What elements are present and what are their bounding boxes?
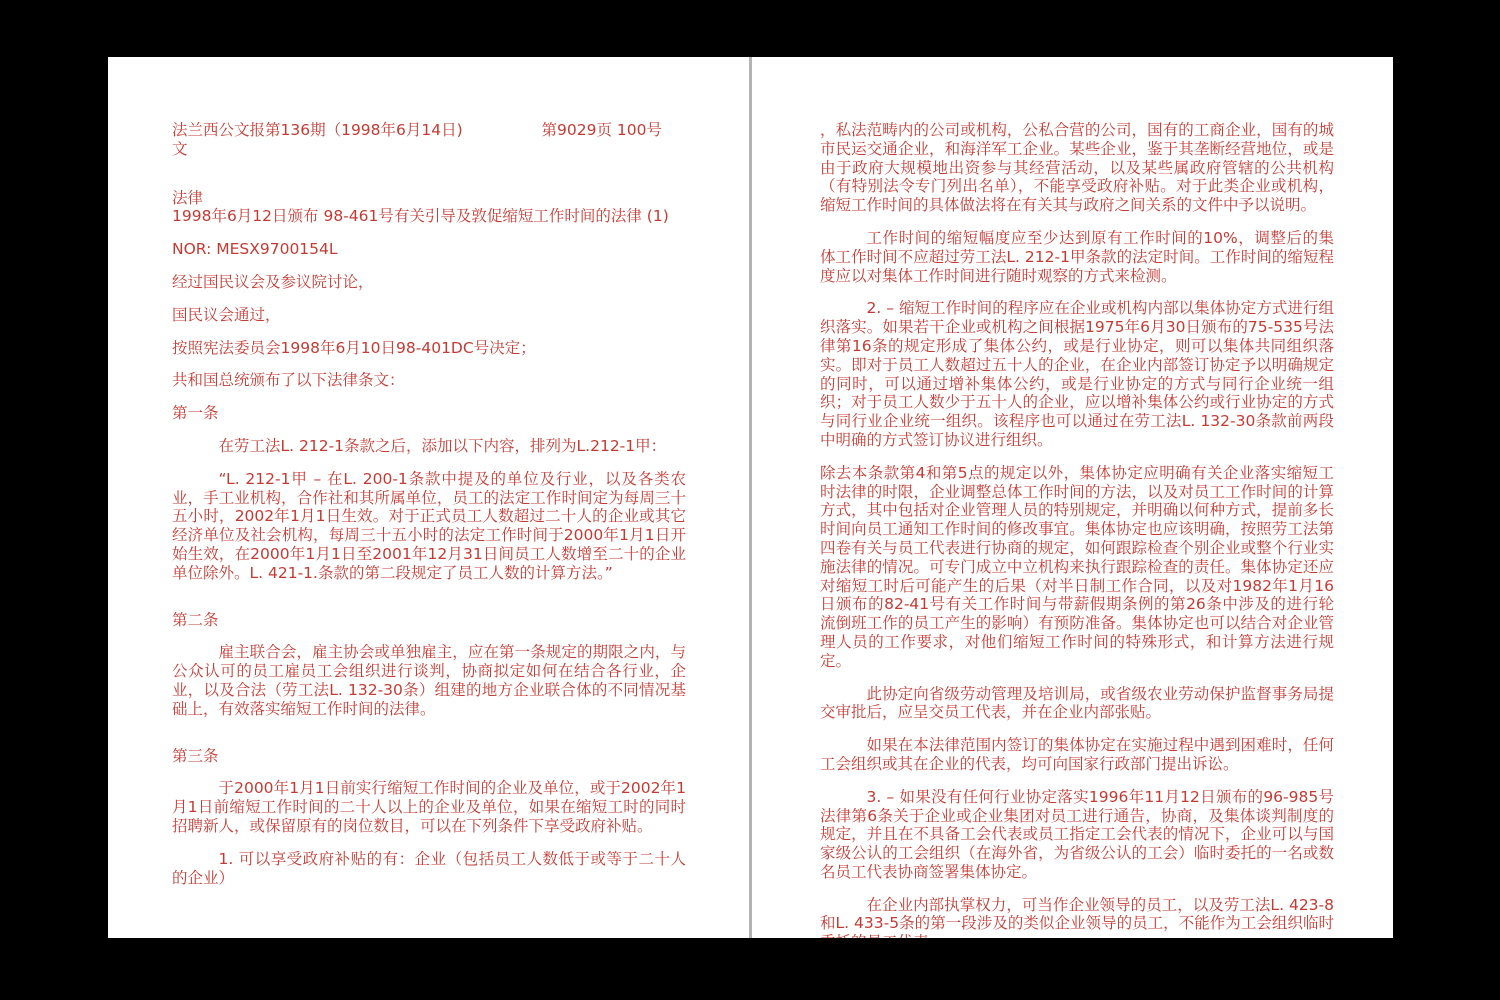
page-gutter-divider — [749, 57, 752, 938]
preamble-paragraph: 共和国总统颁布了以下法律条文： — [172, 371, 686, 390]
body-paragraph: 如果在本法律范围内签订的集体协定在实施过程中遇到困难时，任何工会组织或其在企业的… — [820, 736, 1334, 774]
document-spread: 法兰西公文报第136期（1998年6月14日) 第9029页 100号 文 法律… — [108, 57, 1393, 938]
doc-type-label: 法律 — [172, 189, 686, 208]
page-header: 法兰西公文报第136期（1998年6月14日) 第9029页 100号 文 — [172, 121, 686, 159]
page-reference-overflow: 文 — [172, 140, 686, 159]
nor-reference: NOR: MESX9700154L — [172, 240, 686, 259]
body-paragraph: 工作时间的缩短幅度应至少达到原有工作时间的10%，调整后的集体工作时间不应超过劳… — [820, 229, 1334, 285]
body-paragraph: ，私法范畴内的公司或机构，公私合营的公司，国有的工商企业，国有的城市民运交通企业… — [820, 121, 1334, 215]
left-page: 法兰西公文报第136期（1998年6月14日) 第9029页 100号 文 法律… — [172, 57, 686, 938]
law-title: 1998年6月12日颁布 98-461号有关引导及敦促缩短工作时间的法律 (1) — [172, 207, 686, 226]
article-3-paragraph: 于2000年1月1日前实行缩短工作时间的企业及单位，或于2002年1月1日前缩短… — [172, 779, 686, 835]
article-1-paragraph: 在劳工法L. 212-1条款之后，添加以下内容，排列为L.212-1甲： — [172, 437, 686, 456]
preamble-paragraph: 国民议会通过， — [172, 306, 686, 325]
article-1-heading: 第一条 — [172, 404, 686, 423]
article-3-paragraph: 1. 可以享受政府补贴的有：企业（包括员工人数低于或等于二十人的企业） — [172, 850, 686, 888]
gazette-issue: 法兰西公文报第136期（1998年6月14日) — [172, 121, 463, 140]
body-paragraph: 在企业内部执掌权力，可当作企业领导的员工，以及劳工法L. 423-8 和L. 4… — [820, 896, 1334, 938]
body-paragraph: 此协定向省级劳动管理及培训局，或省级农业劳动保护监督事务局提交审批后，应呈交员工… — [820, 685, 1334, 723]
body-paragraph: 3. – 如果没有任何行业协定落实1996年11月12日颁布的96-985号法律… — [820, 788, 1334, 882]
preamble-paragraph: 按照宪法委员会1998年6月10日98-401DC号决定； — [172, 339, 686, 358]
article-3-heading: 第三条 — [172, 747, 686, 766]
page-reference: 第9029页 100号 — [542, 121, 686, 140]
body-paragraph: 2. – 缩短工作时间的程序应在企业或机构内部以集体协定方式进行组织落实。如果若… — [820, 299, 1334, 449]
article-1-paragraph: “L. 212-1甲 – 在L. 200-1条款中提及的单位及行业，以及各类农业… — [172, 470, 686, 583]
right-page: ，私法范畴内的公司或机构，公私合营的公司，国有的工商企业，国有的城市民运交通企业… — [820, 57, 1334, 938]
page-header-line: 法兰西公文报第136期（1998年6月14日) 第9029页 100号 — [172, 121, 686, 140]
article-2-paragraph: 雇主联合会，雇主协会或单独雇主，应在第一条规定的期限之内，与公众认可的员工雇员工… — [172, 643, 686, 718]
preamble-paragraph: 经过国民议会及参议院讨论， — [172, 273, 686, 292]
body-paragraph: 除去本条款第4和第5点的规定以外，集体协定应明确有关企业落实缩短工时法律的时限，… — [820, 464, 1334, 671]
article-2-heading: 第二条 — [172, 611, 686, 630]
